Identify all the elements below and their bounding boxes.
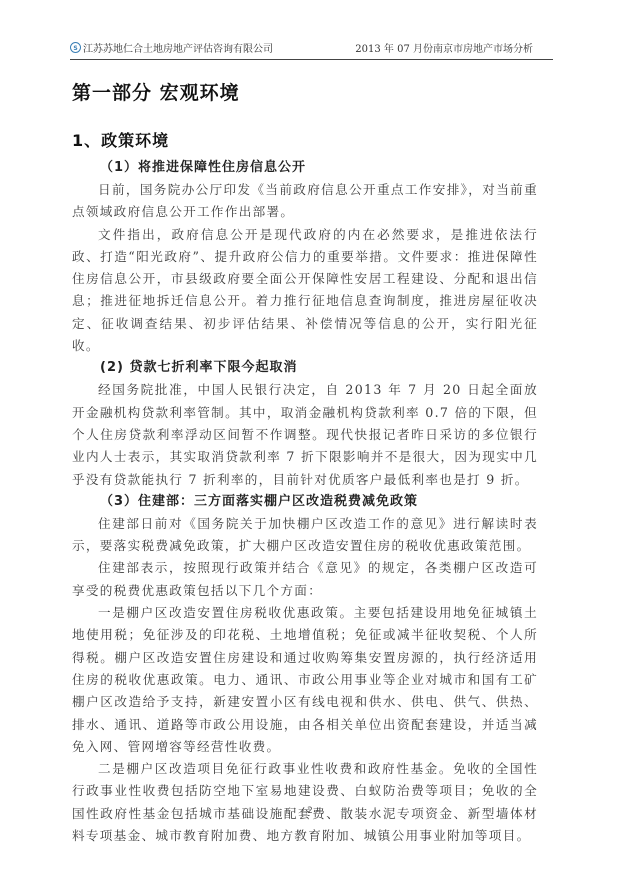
document-body: （1）将推进保障性住房信息公开 日前，国务院办公厅印发《当前政府信息公开重点工作…: [72, 157, 538, 847]
part-title: 第一部分 宏观环境: [72, 78, 240, 105]
subsection-title: （1）将推进保障性住房信息公开: [72, 157, 538, 179]
paragraph: 经国务院批准，中国人民银行决定，自 2013 年 7 月 20 日起全面放开金融…: [72, 379, 538, 490]
header-divider: [70, 59, 553, 60]
subsection-1: （1）将推进保障性住房信息公开 日前，国务院办公厅印发《当前政府信息公开重点工作…: [72, 157, 538, 357]
subsection-2: (2) 贷款七折利率下限今起取消 经国务院批准，中国人民银行决定，自 2013 …: [72, 357, 538, 490]
paragraph: 文件指出，政府信息公开是现代政府的内在必然要求，是推进依法行政、打造“阳光政府”…: [72, 224, 538, 358]
subsection-title: (2) 贷款七折利率下限今起取消: [72, 357, 538, 379]
section-title: 1、政策环境: [72, 128, 169, 151]
page-header: S 江苏苏地仁合土地房地产评估咨询有限公司 2013 年 07 月份南京市房地产…: [70, 40, 553, 56]
paragraph: 住建部表示，按照现行政策并结合《意见》的规定，各类棚户区改造可享受的税费优惠政策…: [72, 557, 538, 602]
company-name: 江苏苏地仁合土地房地产评估咨询有限公司: [83, 40, 273, 55]
paragraph: 住建部日前对《国务院关于加快棚户区改造工作的意见》进行解读时表示，要落实税费减免…: [72, 513, 538, 558]
paragraph: 一是棚户区改造安置住房税收优惠政策。主要包括建设用地免征城镇土地使用税；免征涉及…: [72, 602, 538, 758]
page-number: - 2 -: [0, 806, 620, 816]
company-logo-icon: S: [70, 42, 81, 53]
paragraph: 二是棚户区改造项目免征行政事业性收费和政府性基金。免收的全国性行政事业性收费包括…: [72, 758, 538, 847]
report-title: 2013 年 07 月份南京市房地产市场分析: [355, 40, 533, 55]
subsection-3: （3）住建部：三方面落实棚户区改造税费减免政策 住建部日前对《国务院关于加快棚户…: [72, 491, 538, 847]
subsection-title: （3）住建部：三方面落实棚户区改造税费减免政策: [72, 491, 538, 513]
header-left: S 江苏苏地仁合土地房地产评估咨询有限公司: [70, 40, 273, 55]
paragraph: 日前，国务院办公厅印发《当前政府信息公开重点工作安排》，对当前重点领域政府信息公…: [72, 179, 538, 224]
